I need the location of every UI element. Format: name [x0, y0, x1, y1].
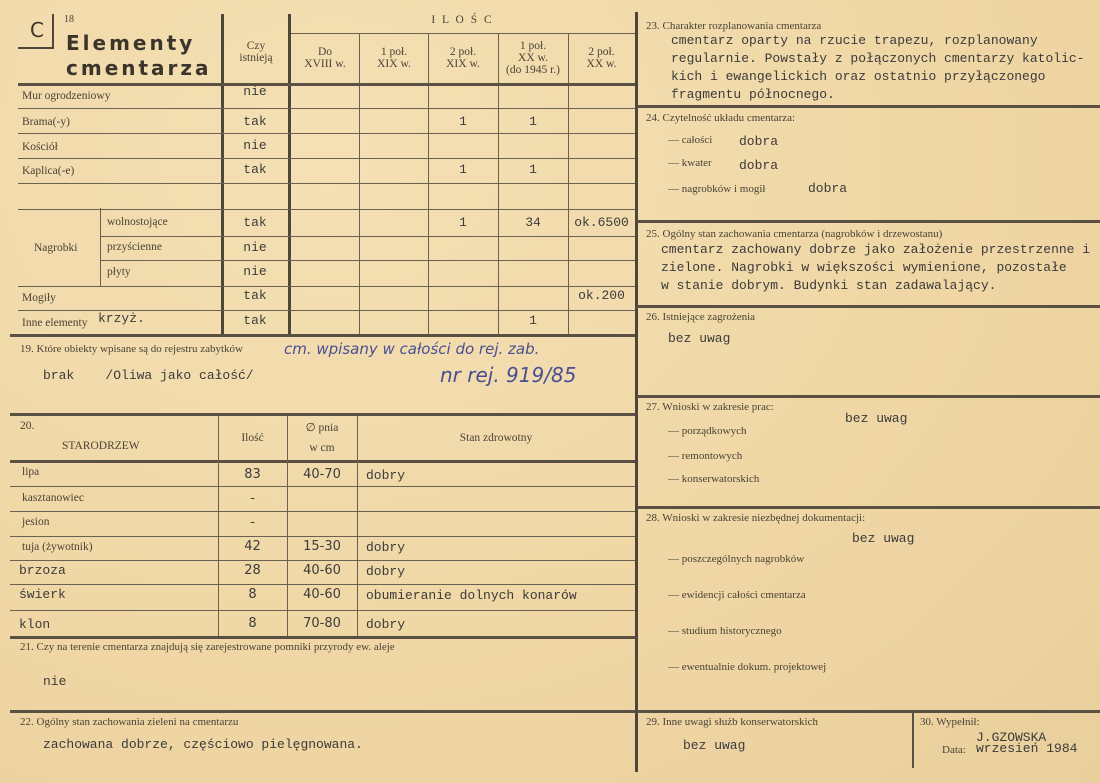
row-rule — [18, 108, 635, 109]
qty-value: 1 — [498, 313, 568, 328]
tree-species: klon — [19, 617, 50, 632]
q24-item-value: dobra — [739, 134, 778, 149]
tree-health: obumieranie dolnych konarów — [366, 588, 577, 603]
tree-species: jesion — [22, 516, 49, 528]
q27-item: — porządkowych — [668, 425, 747, 437]
row-label: Kaplica(-e) — [22, 165, 74, 177]
tombstones-group-label: Nagrobki — [34, 242, 77, 254]
grid-vline — [287, 416, 288, 638]
q24-item-value: dobra — [808, 181, 847, 196]
row-rule — [100, 260, 635, 261]
q23-label: 23. Charakter rozplanowania cmentarza — [646, 20, 821, 32]
quantity-header-rule — [290, 33, 635, 34]
exists-value: tak — [222, 162, 288, 177]
col-diam-header-unit: w cm — [287, 442, 357, 454]
q24-item-label: — całości — [668, 134, 712, 146]
period-header: 2 poł. XX w. — [568, 46, 635, 70]
row-label: Mur ogrodzeniowy — [22, 90, 110, 102]
row-rule — [10, 610, 635, 611]
period-header: 2 poł. XIX w. — [428, 46, 498, 70]
q28-label: 28. Wnioski w zakresie niezbędnej dokume… — [646, 512, 865, 524]
qty-value: ok.6500 — [568, 215, 635, 230]
tree-qty: 28 — [219, 563, 286, 578]
exists-value: tak — [222, 313, 288, 328]
tree-health: dobry — [366, 564, 405, 579]
q25-answer: cmentarz zachowany dobrze jako założenie… — [661, 241, 1090, 295]
tree-species: lipa — [22, 466, 39, 478]
q19-answer: brak /Oliwa jako całość/ — [43, 368, 254, 383]
exists-header-l1: Czy — [222, 40, 290, 52]
section-rule — [10, 710, 635, 713]
row-rule — [18, 133, 635, 134]
qty-value: 1 — [498, 162, 568, 177]
period-l2: XVIII w. — [290, 58, 360, 70]
row-rule — [18, 286, 635, 287]
row-label: płyty — [107, 266, 131, 278]
section-rule — [637, 506, 1100, 509]
grid-vline-nagrobki — [100, 208, 101, 286]
row-rule — [18, 183, 635, 184]
exists-value: tak — [222, 215, 288, 230]
exists-value: tak — [222, 288, 288, 303]
period-l1: 1 poł. — [360, 46, 428, 58]
q27-answer: bez uwag — [845, 411, 907, 426]
section-rule — [10, 413, 635, 416]
q19-register-number: nr rej. 919/85 — [440, 363, 576, 387]
q24-item-label: — kwater — [668, 157, 712, 169]
section-rule — [637, 395, 1100, 398]
table-header-rule — [10, 460, 635, 463]
grid-vline — [357, 416, 358, 638]
q22-answer: zachowana dobrze, częściowo pielęgnowana… — [43, 737, 363, 752]
tree-species: kasztanowiec — [22, 492, 84, 504]
period-l1: Do — [290, 46, 360, 58]
tree-health: dobry — [366, 617, 405, 632]
section-rule — [10, 636, 635, 639]
q22-label: 22. Ogólny stan zachowania zieleni na cm… — [20, 716, 238, 728]
section-title-line1: Elementy — [66, 31, 195, 55]
section-letter: C — [30, 18, 44, 42]
tree-health: dobry — [366, 468, 405, 483]
q19-handwritten-note: cm. wpisany w całości do rej. zab. — [284, 340, 539, 358]
q28-item: — poszczególnych nagrobków — [668, 553, 804, 565]
q21-answer: nie — [43, 674, 66, 689]
row-rule — [18, 158, 635, 159]
section-rule — [637, 220, 1100, 223]
tree-species: świerk — [19, 587, 66, 602]
qty-value: 1 — [428, 215, 498, 230]
tree-diam: 40-70 — [287, 467, 357, 482]
q26-label: 26. Istniejące zagrożenia — [646, 311, 755, 323]
row-label: Brama(-y) — [22, 116, 70, 128]
period-l2: XX w. — [568, 58, 635, 70]
period-header: 1 poł. XX w. (do 1945 r.) — [498, 40, 568, 76]
q21-label: 21. Czy na terenie cmentarza znajdują si… — [20, 641, 395, 653]
tree-health: dobry — [366, 540, 405, 555]
row-rule — [10, 486, 635, 487]
q23-answer: cmentarz oparty na rzucie trapezu, rozpl… — [671, 32, 1084, 104]
tree-diam: 70-80 — [287, 616, 357, 631]
period-l2: XIX w. — [428, 58, 498, 70]
exists-value: nie — [222, 264, 288, 279]
q26-answer: bez uwag — [668, 331, 730, 346]
exists-value: nie — [222, 138, 288, 153]
row-label: wolnostojące — [107, 216, 168, 228]
q24-label: 24. Czytelność układu cmentarza: — [646, 112, 795, 124]
section-rule — [637, 305, 1100, 308]
row-rule — [10, 560, 635, 561]
quantity-header: I L O Ś C — [290, 14, 635, 26]
row-rule — [10, 536, 635, 537]
q27-label: 27. Wnioski w zakresie prac: — [646, 401, 774, 413]
tree-qty: - — [219, 515, 286, 530]
q19-label: 19. Które obiekty wpisane są do rejestru… — [20, 343, 243, 355]
period-l1: 2 poł. — [568, 46, 635, 58]
period-header: Do XVIII w. — [290, 46, 360, 70]
letter-box-rule — [52, 14, 54, 47]
period-l2: XIX w. — [360, 58, 428, 70]
tree-species: tuja (żywotnik) — [22, 541, 93, 553]
q20-number: 20. — [20, 420, 34, 432]
col-health-header: Stan zdrowotny — [357, 432, 635, 444]
tree-diam: 40-60 — [287, 587, 357, 602]
q24-item-value: dobra — [739, 158, 778, 173]
tree-species: brzoza — [19, 563, 66, 578]
qty-value: 1 — [428, 162, 498, 177]
col-qty-header: Ilość — [219, 432, 286, 444]
row-label: Kościół — [22, 141, 58, 153]
row-rule — [10, 584, 635, 585]
exists-value: tak — [222, 114, 288, 129]
q28-item: — ewidencji całości cmentarza — [668, 589, 806, 601]
q29-label: 29. Inne uwagi służb konserwatorskich — [646, 716, 818, 728]
exists-value: nie — [222, 84, 288, 99]
tree-qty: 8 — [219, 587, 286, 602]
section-rule — [637, 710, 1100, 713]
table-header-rule — [18, 83, 635, 86]
section-title-line2: cmentarza — [66, 56, 212, 80]
q27-item: — konserwatorskich — [668, 473, 759, 485]
row-rule — [18, 209, 635, 210]
tree-qty: 8 — [219, 616, 286, 631]
q28-item: — studium historycznego — [668, 625, 782, 637]
qty-value: 34 — [498, 215, 568, 230]
row-label: Mogiły — [22, 292, 56, 304]
period-header: 1 poł. XIX w. — [360, 46, 428, 70]
exists-header-l2: istnieją — [222, 52, 290, 64]
qty-value: 1 — [498, 114, 568, 129]
tree-diam: 40-60 — [287, 563, 357, 578]
row-label: Inne elementy — [22, 317, 87, 329]
q20-title: STARODRZEW — [62, 440, 140, 452]
page-center-divider — [635, 12, 638, 772]
tree-qty: - — [219, 491, 286, 506]
tree-diam: 15-30 — [287, 539, 357, 554]
letter-box-underline — [18, 47, 54, 49]
period-l3: (do 1945 r.) — [498, 64, 568, 76]
q30-label: 30. Wypełnił: — [920, 716, 980, 728]
tree-qty: 83 — [219, 467, 286, 482]
row-label: przyścienne — [107, 241, 162, 253]
q28-answer: bez uwag — [852, 531, 914, 546]
period-l1: 1 poł. — [498, 40, 568, 52]
q24-item-label: — nagrobków i mogił — [668, 183, 765, 195]
section-rule — [637, 105, 1100, 108]
row-rule — [10, 511, 635, 512]
q29-answer: bez uwag — [683, 738, 745, 753]
q28-item: — ewentualnie dokum. projektowej — [668, 661, 826, 673]
exists-header: Czy istnieją — [222, 40, 290, 64]
qty-value: ok.200 — [568, 288, 635, 303]
period-l2: XX w. — [498, 52, 568, 64]
period-l1: 2 poł. — [428, 46, 498, 58]
q30-date: wrzesień 1984 — [976, 741, 1077, 756]
tree-qty: 42 — [219, 539, 286, 554]
section-rule — [10, 334, 635, 337]
q25-label: 25. Ogólny stan zachowania cmentarza (na… — [646, 228, 942, 240]
col-diam-header: ∅ pnia — [287, 422, 357, 434]
q29-q30-divider — [912, 712, 914, 768]
row-rule — [100, 236, 635, 237]
qty-value: 1 — [428, 114, 498, 129]
q27-item: — remontowych — [668, 450, 742, 462]
other-typed-value: krzyż. — [98, 311, 145, 326]
section-number: 18 — [64, 14, 74, 25]
exists-value: nie — [222, 240, 288, 255]
q30-date-label: Data: — [942, 744, 966, 756]
